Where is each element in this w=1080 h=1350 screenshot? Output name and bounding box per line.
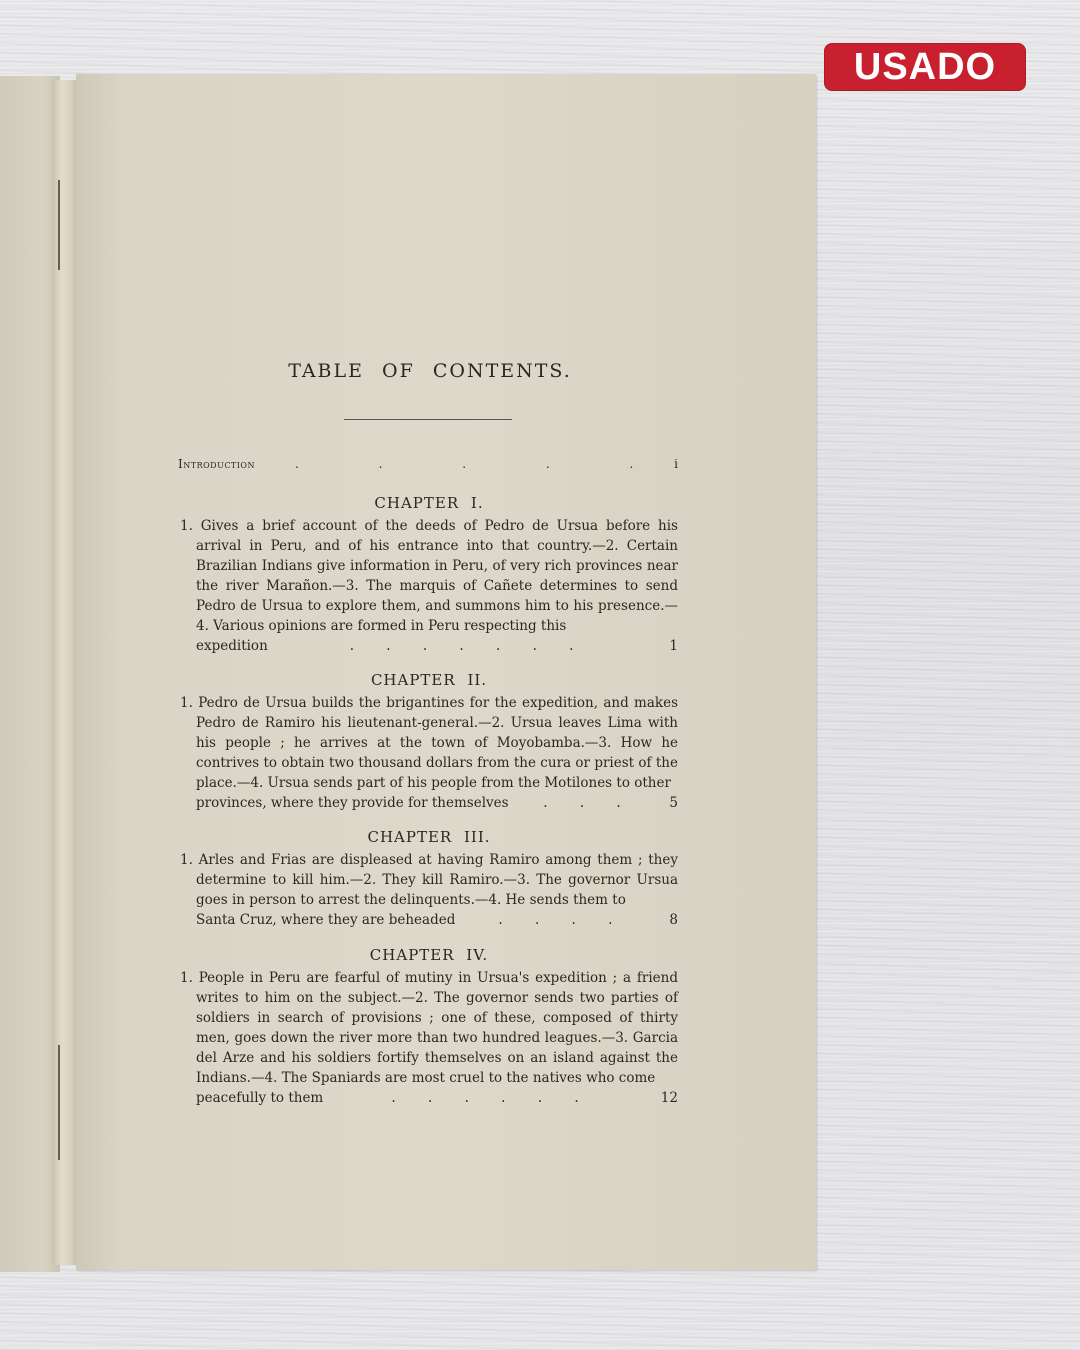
binding-stitch xyxy=(58,1045,60,1160)
toc-chapter-2: CHAPTER II. 1. Pedro de Ursua builds the… xyxy=(180,671,678,813)
last-line-text: peacefully to them xyxy=(196,1088,323,1108)
used-condition-badge: USADO xyxy=(824,43,1026,91)
last-line-text: expedition xyxy=(196,636,268,656)
chapter-last-line: provinces, where they provide for themse… xyxy=(180,793,678,813)
book-page: TABLE OF CONTENTS. Introduction . . . . … xyxy=(76,74,816,1270)
leader-dots: . . . . . . . xyxy=(350,636,588,656)
chapter-last-line: Santa Cruz, where they are beheaded . . … xyxy=(180,910,678,930)
toc-chapter-3: CHAPTER III. 1. Arles and Frias are disp… xyxy=(180,828,678,930)
leader-dots: . . . . xyxy=(498,910,626,930)
chapter-summary: 1. Gives a brief account of the deeds of… xyxy=(180,516,678,636)
last-line-text: Santa Cruz, where they are beheaded xyxy=(196,910,455,930)
chapter-summary: 1. People in Peru are fearful of mutiny … xyxy=(180,968,678,1088)
chapter-summary: 1. Arles and Frias are displeased at hav… xyxy=(180,850,678,910)
chapter-last-line: expedition . . . . . . . 1 xyxy=(180,636,678,656)
leader-dots: . . . . . . xyxy=(391,1088,592,1108)
page-title: TABLE OF CONTENTS. xyxy=(76,360,784,382)
left-page xyxy=(0,76,60,1272)
page-number: 12 xyxy=(661,1088,678,1108)
title-divider xyxy=(344,419,512,420)
chapter-heading: CHAPTER II. xyxy=(180,671,678,689)
toc-chapter-4: CHAPTER IV. 1. People in Peru are fearfu… xyxy=(180,946,678,1108)
leader-dots: . . . xyxy=(543,793,634,813)
leader-dots: . . . . . . . xyxy=(255,457,674,471)
toc-chapter-1: CHAPTER I. 1. Gives a brief account of t… xyxy=(180,494,678,656)
chapter-heading: CHAPTER I. xyxy=(180,494,678,512)
page-number: 8 xyxy=(669,910,678,930)
page-number: 5 xyxy=(669,793,678,813)
introduction-label: Introduction xyxy=(178,457,255,471)
page-number: 1 xyxy=(669,636,678,656)
last-line-text: provinces, where they provide for themse… xyxy=(196,793,509,813)
chapter-heading: CHAPTER IV. xyxy=(180,946,678,964)
toc-entry-introduction: Introduction . . . . . . . i xyxy=(178,457,678,471)
page-number: i xyxy=(674,457,678,471)
chapter-summary: 1. Pedro de Ursua builds the brigantines… xyxy=(180,693,678,793)
binding-stitch xyxy=(58,180,60,270)
chapter-last-line: peacefully to them . . . . . . 12 xyxy=(180,1088,678,1108)
chapter-heading: CHAPTER III. xyxy=(180,828,678,846)
